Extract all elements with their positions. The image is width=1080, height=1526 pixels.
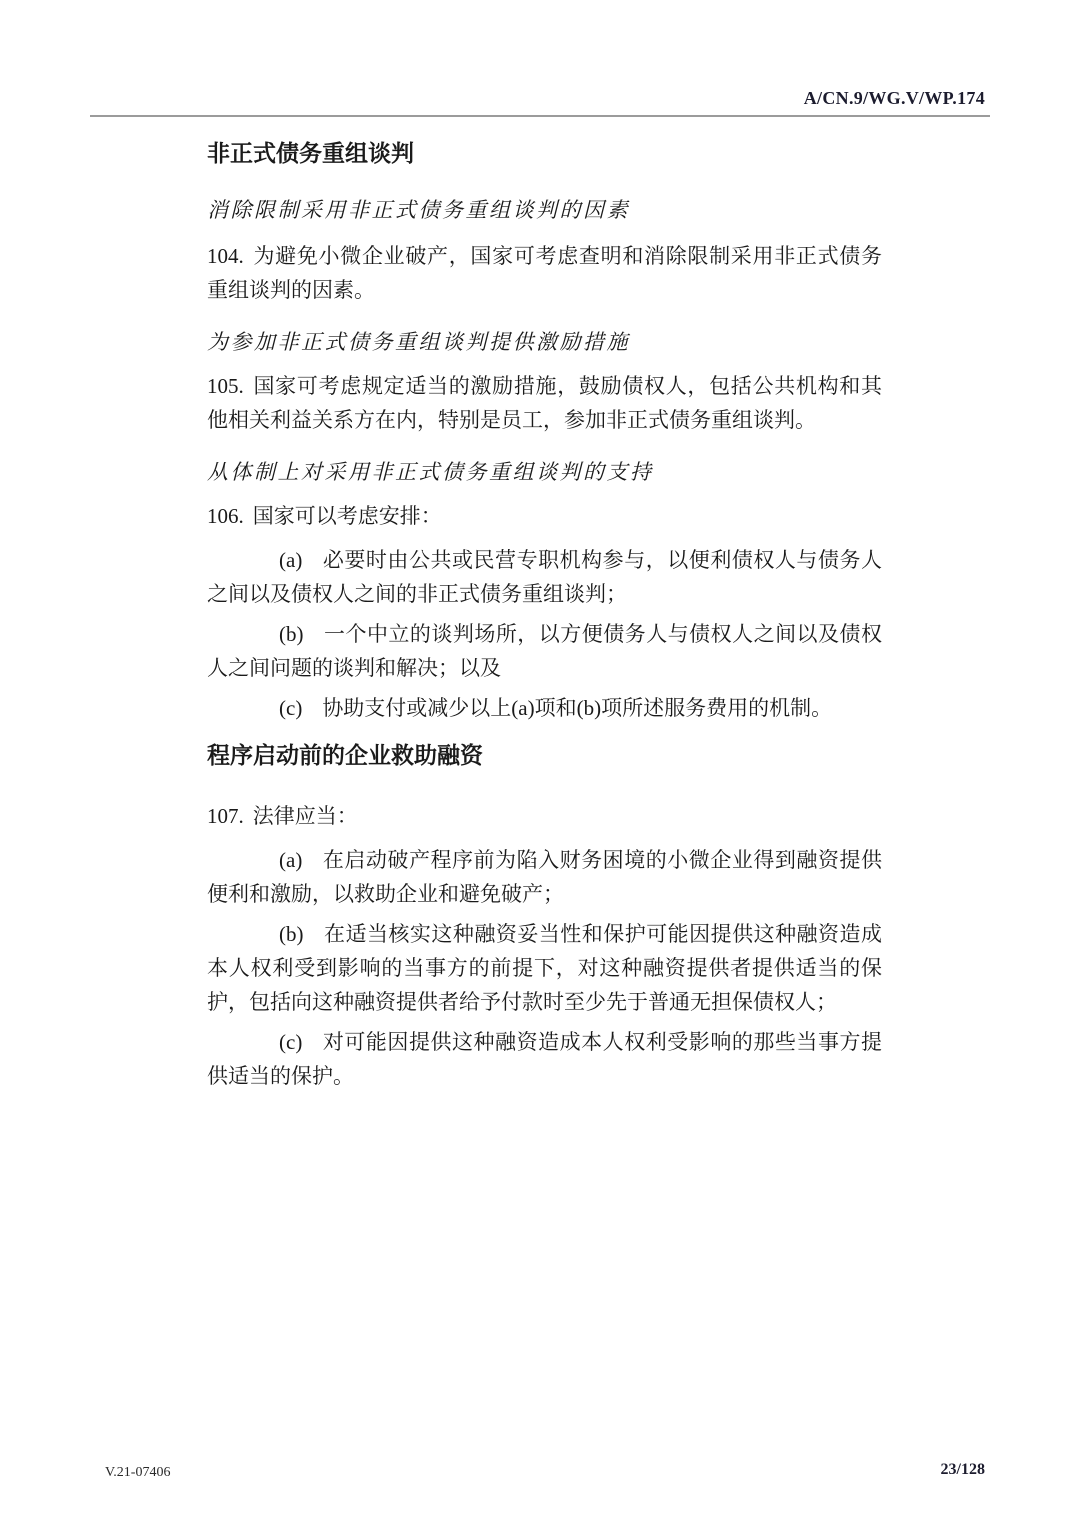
paragraph-text: 国家可考虑规定适当的激励措施，鼓励债权人，包括公共机构和其他相关利益关系方在内，… — [207, 374, 882, 432]
paragraph-105: 105.国家可考虑规定适当的激励措施，鼓励债权人，包括公共机构和其他相关利益关系… — [207, 369, 882, 437]
paragraph-number: 107. — [207, 804, 244, 828]
list-item-label: (b) — [279, 622, 304, 646]
footer-document-number: V.21-07406 — [105, 1465, 170, 1481]
section-heading-informal-debt-restructuring: 非正式债务重组谈判 — [207, 139, 882, 169]
subheading-remove-restrictions: 消除限制采用非正式债务重组谈判的因素 — [207, 195, 882, 225]
paragraph-text: 为避免小微企业破产，国家可考虑查明和消除限制采用非正式债务重组谈判的因素。 — [207, 244, 882, 302]
paragraph-107: 107.法律应当： — [207, 799, 882, 833]
paragraph-text: 国家可以考虑安排： — [253, 504, 442, 528]
subheading-institutional-support: 从体制上对采用非正式债务重组谈判的支持 — [207, 457, 882, 487]
paragraph-104: 104.为避免小微企业破产，国家可考虑查明和消除限制采用非正式债务重组谈判的因素… — [207, 239, 882, 307]
paragraph-number: 104. — [207, 244, 244, 268]
list-item-107a: (a)在启动破产程序前为陷入财务困境的小微企业得到融资提供便利和激励，以救助企业… — [207, 843, 882, 911]
list-item-label: (b) — [279, 922, 304, 946]
paragraph-text: 法律应当： — [253, 804, 358, 828]
list-item-label: (a) — [279, 548, 302, 572]
paragraph-number: 106. — [207, 504, 244, 528]
list-item-label: (a) — [279, 848, 302, 872]
list-item-107b: (b)在适当核实这种融资妥当性和保护可能因提供这种融资造成本人权利受到影响的当事… — [207, 917, 882, 1019]
list-item-text: 在适当核实这种融资妥当性和保护可能因提供这种融资造成本人权利受到影响的当事方的前… — [207, 922, 882, 1014]
list-item-text: 必要时由公共或民营专职机构参与，以便利债权人与债务人之间以及债权人之间的非正式债… — [207, 548, 882, 606]
document-symbol: A/CN.9/WG.V/WP.174 — [804, 88, 985, 109]
header-divider — [90, 115, 990, 117]
section-heading-pre-commencement-rescue-finance: 程序启动前的企业救助融资 — [207, 741, 882, 771]
list-item-106c: (c)协助支付或减少以上(a)项和(b)项所述服务费用的机制。 — [207, 691, 882, 725]
document-page: A/CN.9/WG.V/WP.174 非正式债务重组谈判 消除限制采用非正式债务… — [0, 0, 1080, 1526]
document-body: 非正式债务重组谈判 消除限制采用非正式债务重组谈判的因素 104.为避免小微企业… — [207, 139, 882, 1093]
list-item-text: 在启动破产程序前为陷入财务困境的小微企业得到融资提供便利和激励，以救助企业和避免… — [207, 848, 882, 906]
list-item-text: 协助支付或减少以上(a)项和(b)项所述服务费用的机制。 — [322, 696, 832, 720]
list-item-label: (c) — [279, 696, 302, 720]
list-item-106b: (b)一个中立的谈判场所，以方便债务人与债权人之间以及债权人之间问题的谈判和解决… — [207, 617, 882, 685]
paragraph-106: 106.国家可以考虑安排： — [207, 499, 882, 533]
list-item-text: 一个中立的谈判场所，以方便债务人与债权人之间以及债权人之间问题的谈判和解决；以及 — [207, 622, 882, 680]
list-item-text: 对可能因提供这种融资造成本人权利受影响的那些当事方提供适当的保护。 — [207, 1030, 882, 1088]
list-item-label: (c) — [279, 1030, 302, 1054]
subheading-incentives: 为参加非正式债务重组谈判提供激励措施 — [207, 327, 882, 357]
footer-page-number: 23/128 — [941, 1461, 985, 1479]
list-item-106a: (a)必要时由公共或民营专职机构参与，以便利债权人与债务人之间以及债权人之间的非… — [207, 543, 882, 611]
paragraph-number: 105. — [207, 374, 244, 398]
list-item-107c: (c)对可能因提供这种融资造成本人权利受影响的那些当事方提供适当的保护。 — [207, 1025, 882, 1093]
